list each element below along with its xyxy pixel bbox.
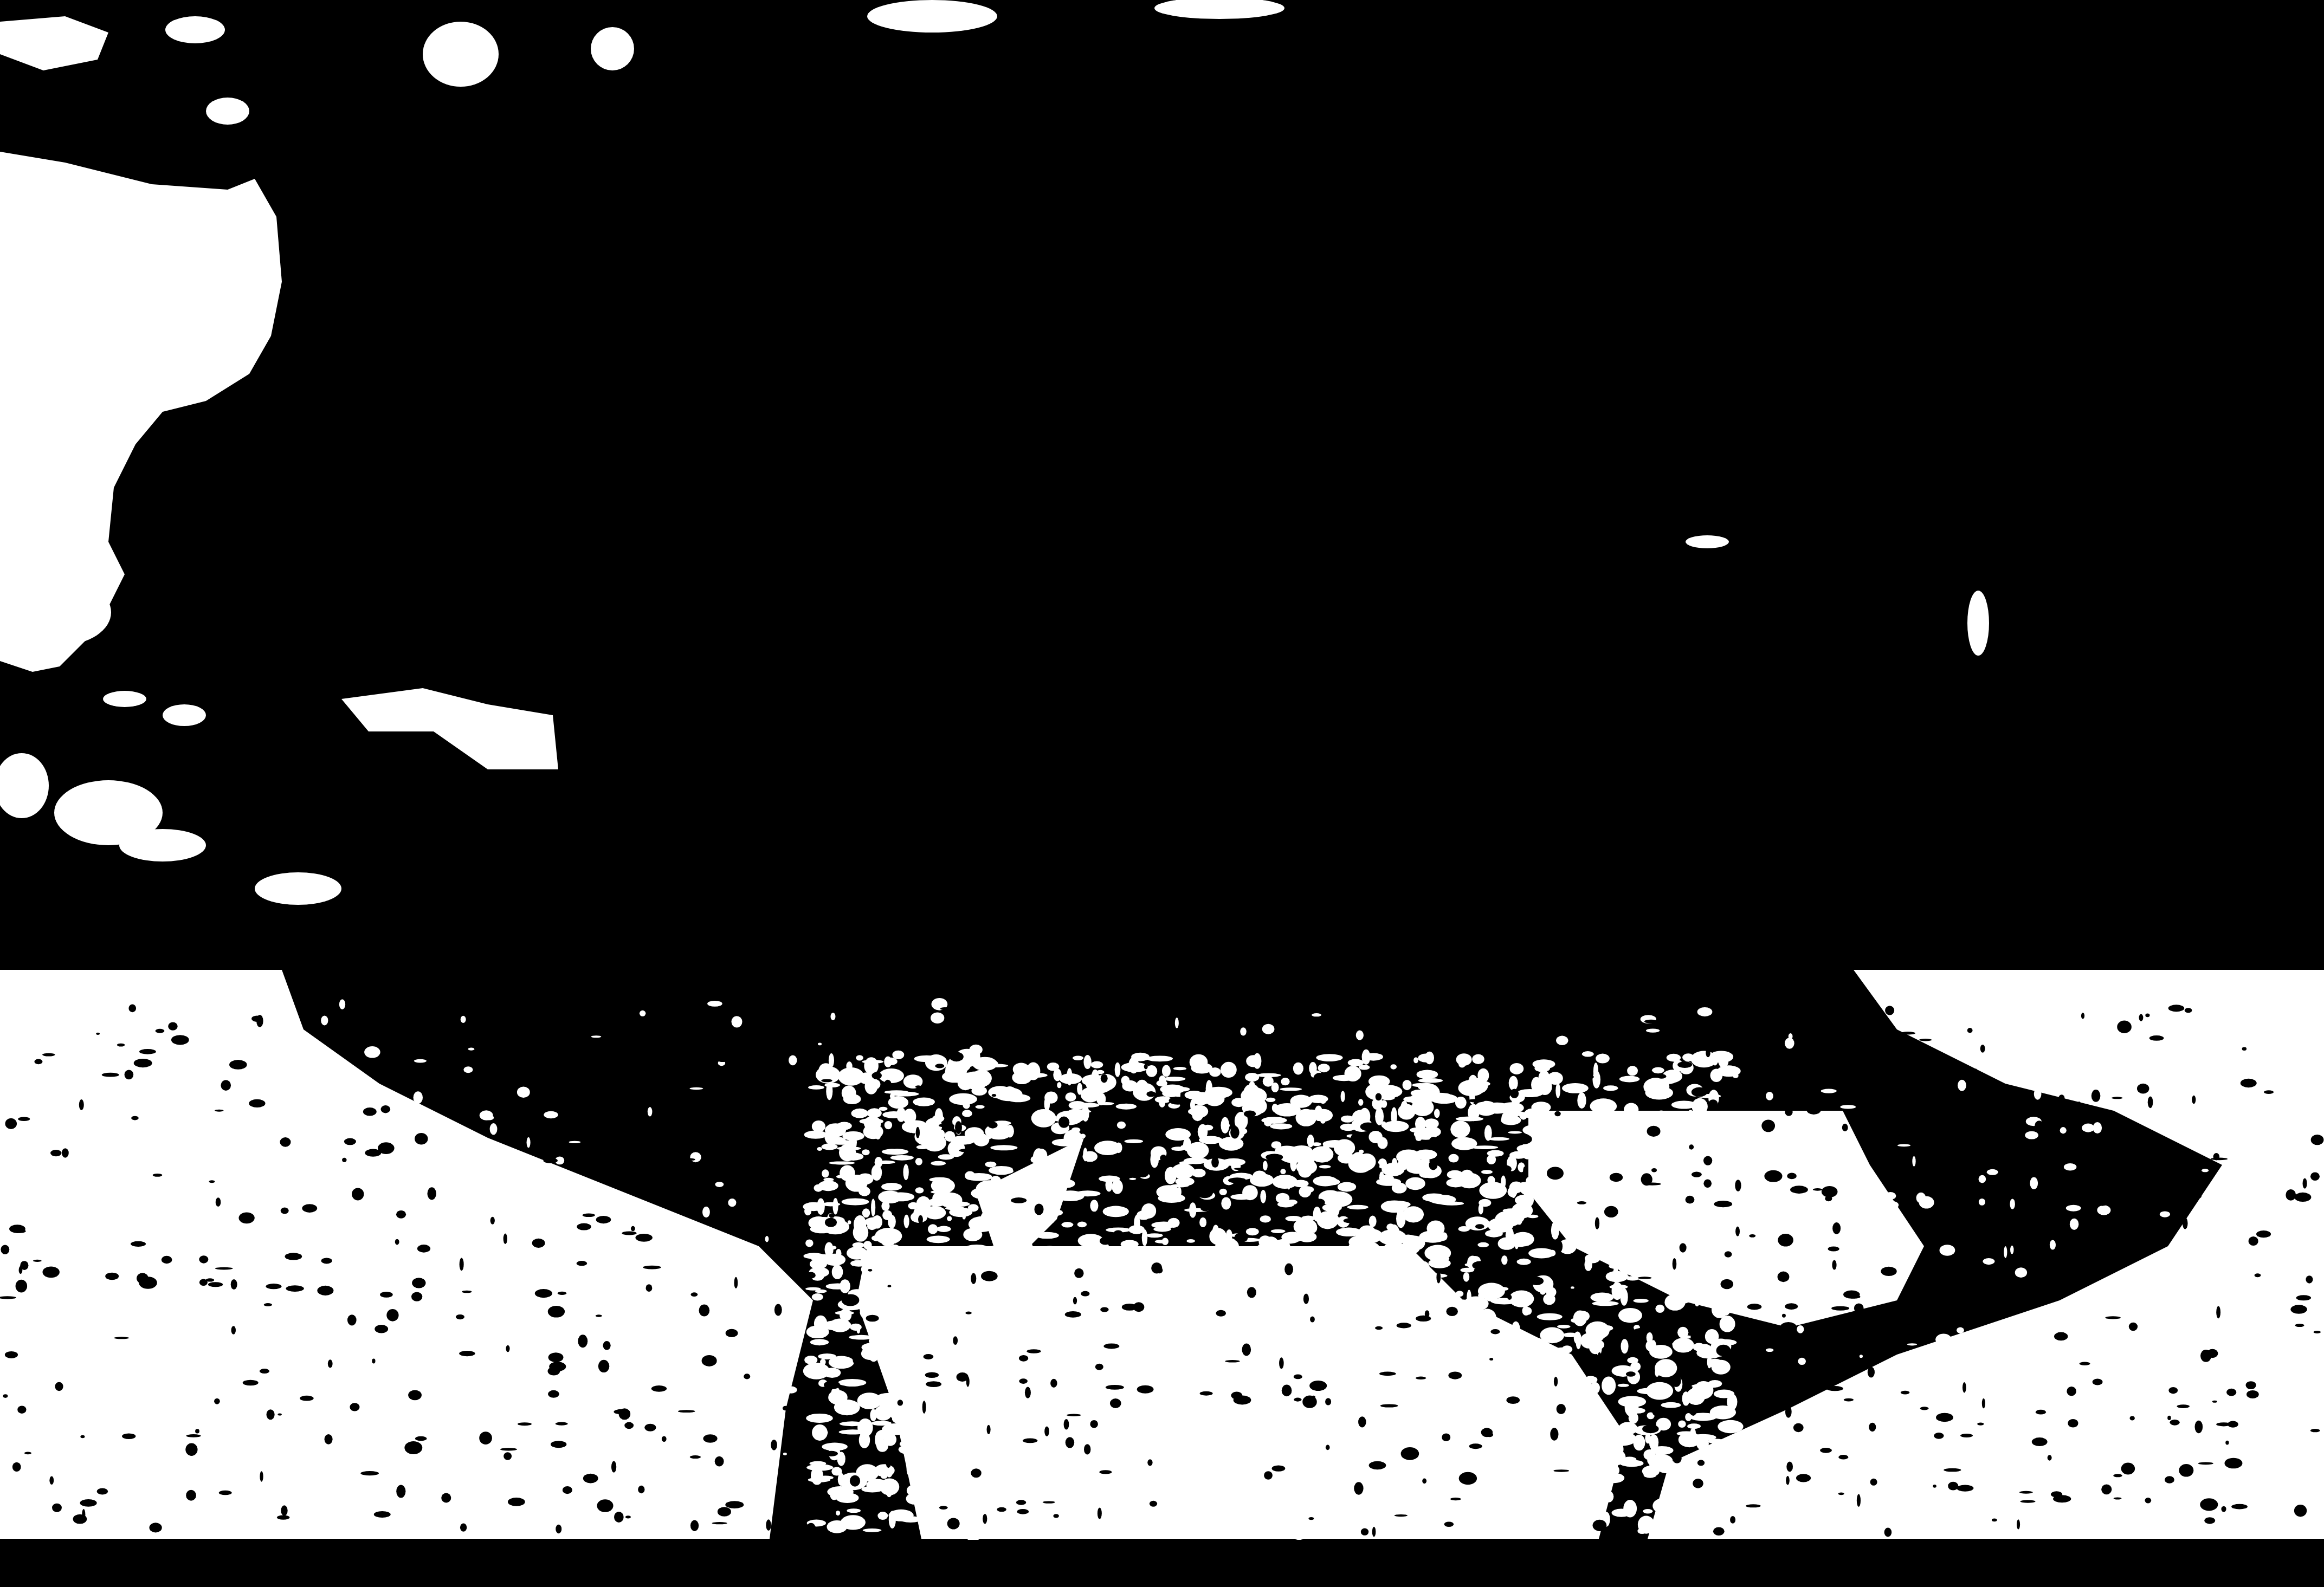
binary-mask-image: [0, 0, 2324, 1587]
